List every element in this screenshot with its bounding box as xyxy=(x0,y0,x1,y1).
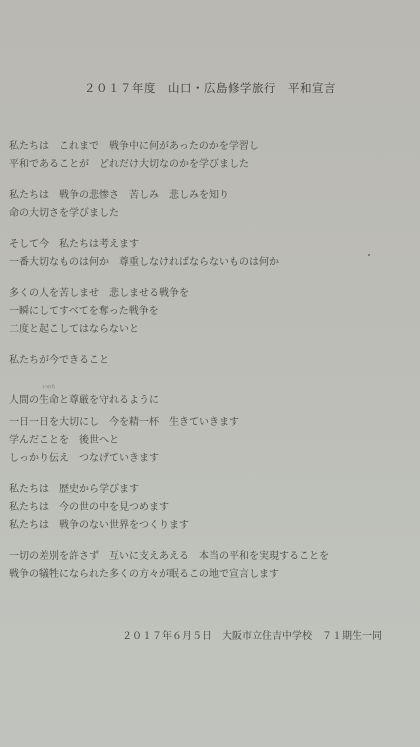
stanza-2: 私たちは 戦争の悲惨さ 苦しみ 悲しみを知り 命の大切さを学びました xyxy=(9,187,329,223)
text-line: 私たちは 今の世の中を見つめます xyxy=(9,499,329,517)
text-line: 私たちは これまで 戦争中に何があったのかを学習し xyxy=(9,138,329,156)
text-line: 一日一日を大切にし 今を精一杯 生きていきます xyxy=(9,414,329,432)
stanza-3: そして今 私たちは考えます 一番大切なものは何か 尊重しなければならないものは何… xyxy=(9,236,329,272)
stanza-4: 多くの人を苦しませ 悲しませる戦争を 一瞬にしてすべてを奪った戦争を 二度と起こ… xyxy=(9,285,329,339)
declaration-body: 私たちは これまで 戦争中に何があったのかを学習し 平和であることが どれだけ大… xyxy=(9,138,329,597)
text-line: しっかり伝え つなげていきます xyxy=(9,450,329,468)
signature-line: ２０１７年６月５日 大阪市立住吉中学校 ７１期生一同 xyxy=(0,627,420,642)
text-line: 多くの人を苦しませ 悲しませる戦争を xyxy=(9,285,329,303)
ruby-reading: いのち xyxy=(39,385,59,390)
text-line: 二度と起こしてはならないと xyxy=(9,321,329,339)
stanza-5: 私たちが今できること xyxy=(9,352,329,370)
text-line: 私たちは 歴史から学びます xyxy=(9,481,329,499)
text-line: 私たちは 戦争の悲惨さ 苦しみ 悲しみを知り xyxy=(9,187,329,205)
text-line: 一切の差別を許さず 互いに支えあえる 本当の平和を実現することを xyxy=(9,548,329,566)
text-segment: と尊厳を守れるように xyxy=(59,395,159,406)
text-line: 平和であることが どれだけ大切なのかを学びました xyxy=(9,156,329,174)
text-line-with-ruby: 人間のいのち生命と尊厳を守れるように xyxy=(9,392,329,410)
text-line: そして今 私たちは考えます xyxy=(9,236,329,254)
paper-speck xyxy=(368,254,370,256)
stanza-1: 私たちは これまで 戦争中に何があったのかを学習し 平和であることが どれだけ大… xyxy=(9,138,329,174)
text-line: 私たちは 戦争のない世界をつくります xyxy=(9,517,329,535)
title-year: ２０１７年度 xyxy=(84,81,156,95)
printed-document: ２０１７年度山口・広島修学旅行平和宣言 私たちは これまで 戦争中に何があったの… xyxy=(0,0,420,747)
text-line: 命の大切さを学びました xyxy=(9,205,329,223)
stanza-8: 一切の差別を許さず 互いに支えあえる 本当の平和を実現することを 戦争の犠牲にな… xyxy=(9,548,329,584)
text-line: 一番大切なものは何か 尊重しなければならないものは何か xyxy=(9,254,329,272)
ruby-word: いのち生命 xyxy=(39,392,59,410)
text-line: 一瞬にしてすべてを奪った戦争を xyxy=(9,303,329,321)
ruby-base: 生命 xyxy=(39,395,59,406)
title-trip: 山口・広島修学旅行 xyxy=(168,81,276,95)
text-line: 学んだことを 後世へと xyxy=(9,432,329,450)
stanza-7: 私たちは 歴史から学びます 私たちは 今の世の中を見つめます 私たちは 戦争のな… xyxy=(9,481,329,535)
text-segment: 人間の xyxy=(9,395,39,406)
text-line: 私たちが今できること xyxy=(9,352,329,370)
page-title: ２０１７年度山口・広島修学旅行平和宣言 xyxy=(0,80,420,96)
title-declaration: 平和宣言 xyxy=(288,81,336,95)
stanza-6: 人間のいのち生命と尊厳を守れるように 一日一日を大切にし 今を精一杯 生きていき… xyxy=(9,392,329,468)
text-line: 戦争の犠牲になられた多くの方々が眠るこの地で宣言します xyxy=(9,566,329,584)
